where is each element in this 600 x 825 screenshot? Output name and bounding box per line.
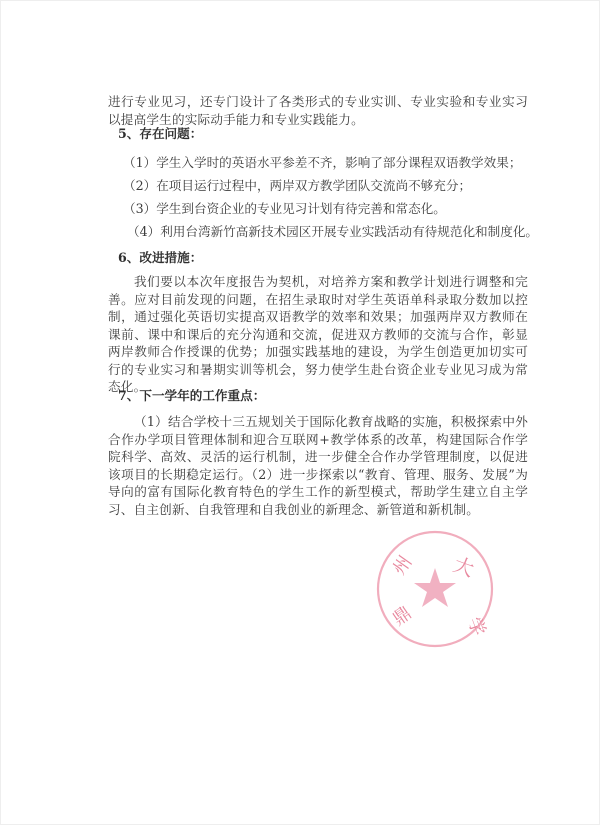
section-6-heading: 6、改进措施： [118,247,202,266]
section-7-paragraph: （1）结合学校十三五规划关于国际化教育战略的实施，积极探索中外合作办学项目管理体… [108,413,528,518]
problem-item-1: （1）学生入学时的英语水平参差不齐，影响了部分课程双语教学效果； [123,152,521,171]
problem-item-2: （2）在项目运行过程中，两岸双方教学团队交流尚不够充分； [123,175,471,194]
problem-item-4: （4）利用台湾新竹高新技术园区开展专业实践活动有待规范化和制度化。 [127,221,538,240]
section-5-heading: 5、存在问题： [118,123,202,142]
seal-char-2: 州 [389,552,417,579]
problem-item-3: （3）学生到台资企业的专业见习计划有待完善和常态化。 [123,198,446,217]
seal-char-3: 大 [450,552,477,581]
seal-icon: 鼎 州 大 学 [374,528,496,650]
document-page: 进行专业见习，还专门设计了各类形式的专业实训、专业实验和专业实习以提高学生的实际… [0,0,600,825]
official-seal: 鼎 州 大 学 [374,528,496,650]
section-6-paragraph: 我们要以本次年度报告为契机，对培养方案和教学计划进行调整和完善。应对目前发现的问… [108,273,528,396]
section-7-heading: 7、下一学年的工作重点： [118,385,265,404]
